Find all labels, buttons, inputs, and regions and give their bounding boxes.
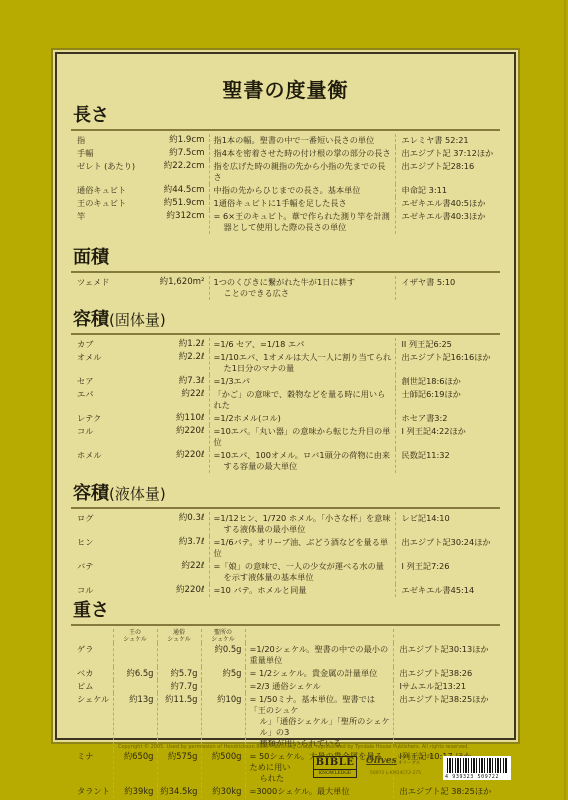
table-row: ミナ約650g約575g約500g= 50シェケル。大量の貴金属を量るために用い…	[71, 750, 500, 785]
unit-description: 1通俗キュビトに1手幅を足した長さ	[209, 197, 395, 210]
scripture-reference: ホセア書3:2	[395, 412, 500, 425]
section-heading: 面積	[71, 246, 500, 273]
unit-description: =1/20シェケル。聖書の中での最小の重量単位	[245, 643, 393, 667]
unit-value: 約0.3ℓ	[147, 512, 209, 536]
table-row: セア約7.3ℓ=1/3エパ創世記18:6ほか	[71, 375, 500, 388]
table-row: 竿約312cm= 6×王のキュビト。葦で作られた測り竿を計測器として使用した際の…	[71, 210, 500, 234]
scripture-reference: エレミヤ書 52:21	[395, 134, 500, 147]
common-shekel-value	[157, 643, 201, 667]
scripture-reference: 出エジプト記 37:12ほか	[395, 147, 500, 160]
section-heading-sub: (固体量)	[109, 311, 166, 329]
common-shekel-value: 約7.7g	[157, 680, 201, 693]
unit-name: 通俗キュビト	[71, 184, 147, 197]
unit-value: 約7.3ℓ	[147, 375, 209, 388]
unit-value: 約22.2cm	[147, 160, 209, 184]
unit-value: 約220ℓ	[147, 449, 209, 473]
scripture-reference: 申命記 3:11	[395, 184, 500, 197]
royal-shekel-value: 約13g	[113, 693, 157, 750]
unit-description: = 1/50ミナ。基本単位。聖書では「王のシュケル」「通俗シェケル」「聖所のシェ…	[245, 693, 393, 750]
section-liquid-volume: 容積(液体量) ログ約0.3ℓ=1/12ヒン、1/720 ホメル。「小さな杯」を…	[71, 482, 500, 597]
table-row: シェケル約13g約11.5g約10g= 1/50ミナ。基本単位。聖書では「王のシ…	[71, 693, 500, 750]
common-shekel-value: 約11.5g	[157, 693, 201, 750]
unit-value: 約22ℓ	[147, 560, 209, 584]
royal-shekel-value	[113, 680, 157, 693]
scripture-reference: イザヤ書 5:10	[395, 276, 500, 300]
section-heading-main: 容積	[73, 483, 109, 504]
section-heading: 容積(固体量)	[71, 308, 500, 335]
scripture-reference: 出エジプト記38:25ほか	[393, 693, 500, 750]
sanctuary-shekel-value	[201, 680, 245, 693]
unit-name: 王のキュビト	[71, 197, 147, 210]
scripture-reference: II 列王記6:25	[395, 338, 500, 351]
unit-description: =1/10エパ、1オメルは大人一人に割り当てられた1日分のマナの量	[209, 351, 395, 375]
page-title: 聖書の度量衡	[71, 74, 500, 102]
copyright-text: Copyright © 2005. Used by permission of …	[118, 744, 469, 750]
dry-volume-table: カブ約1.2ℓ=1/6 セア、=1/18 エパII 列王記6:25オメル約2.2…	[71, 338, 500, 473]
common-shekel-value: 約34.5kg	[157, 785, 201, 798]
unit-description: =1/3エパ	[209, 375, 395, 388]
col-common-shekel: 通俗シェケル	[157, 629, 201, 643]
section-heading: 容積(液体量)	[71, 482, 500, 509]
table-row: コル約220ℓ=10エパ。「丸い器」の意味から転じた升目の単位I 列王記4:22…	[71, 425, 500, 449]
unit-name: 手幅	[71, 147, 147, 160]
unit-name: ピム	[71, 680, 113, 693]
unit-name: ツェメド	[71, 276, 147, 300]
section-heading-sub: (液体量)	[109, 485, 166, 503]
scripture-reference: エゼキエル書40:3ほか	[395, 210, 500, 234]
table-row: 通俗キュビト約44.5cm中指の先からひじまでの長さ。基本単位申命記 3:11	[71, 184, 500, 197]
unit-name: ヒン	[71, 536, 147, 560]
weight-table: 王のシェケル 通俗シェケル 聖所のシェケル ゲラ約0.5g=1/20シェケル。聖…	[71, 629, 500, 798]
royal-shekel-value	[113, 643, 157, 667]
scripture-reference: Iサムエル記13:21	[393, 680, 500, 693]
unit-name: コル	[71, 425, 147, 449]
scripture-reference: 出エジプト記30:24ほか	[395, 536, 500, 560]
unit-description: =10エパ、100オメル。ロバ1頭分の荷物に由来する容量の最大単位	[209, 449, 395, 473]
unit-value: 約7.5cm	[147, 147, 209, 160]
scripture-reference: エゼキエル書45:14	[395, 584, 500, 597]
royal-shekel-value: 約39kg	[113, 785, 157, 798]
sanctuary-shekel-value: 約5g	[201, 667, 245, 680]
unit-value: 約1,620m²	[147, 276, 209, 300]
sanctuary-shekel-value: 約10g	[201, 693, 245, 750]
table-row: コル約220ℓ=10 バテ。ホメルと同量エゼキエル書45:14	[71, 584, 500, 597]
table-row: ツェメド約1,620m²1つのくびきに繋がれた牛が1日に耕すことのできる広さイザ…	[71, 276, 500, 300]
scripture-reference: 出エジプト記 38:25ほか	[393, 785, 500, 798]
length-table: 指約1.9cm指1本の幅。聖書の中で一番短い長さの単位エレミヤ書 52:21手幅…	[71, 134, 500, 234]
unit-name: セア	[71, 375, 147, 388]
product-code: 50972 L-KM24CF2-275	[370, 771, 421, 776]
unit-value: 約1.2ℓ	[147, 338, 209, 351]
unit-name: 指	[71, 134, 147, 147]
section-dry-volume: 容積(固体量) カブ約1.2ℓ=1/6 セア、=1/18 エパII 列王記6:2…	[71, 308, 500, 473]
unit-description: =10エパ。「丸い器」の意味から転じた升目の単位	[209, 425, 395, 449]
scripture-reference: 民数記11:32	[395, 449, 500, 473]
unit-description: 中指の先からひじまでの長さ。基本単位	[209, 184, 395, 197]
table-row: ピム約7.7g=2/3 通俗シェケルIサムエル記13:21	[71, 680, 500, 693]
table-row: タラント約39kg約34.5kg約30kg=3000シェケル。最大単位出エジプト…	[71, 785, 500, 798]
unit-description: =1/6 セア、=1/18 エパ	[209, 338, 395, 351]
section-heading: 重さ	[71, 599, 500, 626]
area-table: ツェメド約1,620m²1つのくびきに繋がれた牛が1日に耕すことのできる広さイザ…	[71, 276, 500, 300]
section-weight: 重さ 王のシェケル 通俗シェケル 聖所のシェケル ゲラ約0.5g=1/20シェケ…	[71, 599, 500, 798]
scripture-reference: 出エジプト記30:13ほか	[393, 643, 500, 667]
unit-name: ミナ	[71, 750, 113, 785]
table-row: ログ約0.3ℓ=1/12ヒン、1/720 ホメル。「小さな杯」を意味する液体量の…	[71, 512, 500, 536]
table-row: 手幅約7.5cm指4本を密着させた時の付け根の掌の部分の長さ出エジプト記 37:…	[71, 147, 500, 160]
unit-name: オメル	[71, 351, 147, 375]
unit-description: =3000シェケル。最大単位	[245, 785, 393, 798]
liquid-volume-table: ログ約0.3ℓ=1/12ヒン、1/720 ホメル。「小さな杯」を意味する液体量の…	[71, 512, 500, 597]
unit-name: 竿	[71, 210, 147, 234]
sanctuary-shekel-value: 約0.5g	[201, 643, 245, 667]
section-heading: 長さ	[71, 104, 500, 131]
table-row: ベカ約6.5g約5.7g約5g= 1/2シェケル。貴金属の計量単位出エジプト記3…	[71, 667, 500, 680]
unit-name: タラント	[71, 785, 113, 798]
scripture-reference: 士師記6:19ほか	[395, 388, 500, 412]
unit-description: =1/6バテ。オリーブ油、ぶどう酒などを量る単位	[209, 536, 395, 560]
common-shekel-value: 約575g	[157, 750, 201, 785]
unit-description: =1/2ホメル(コル)	[209, 412, 395, 425]
table-row: カブ約1.2ℓ=1/6 セア、=1/18 エパII 列王記6:25	[71, 338, 500, 351]
unit-name: エパ	[71, 388, 147, 412]
unit-value: 約2.2ℓ	[147, 351, 209, 375]
barcode-number: 4 939323 509722	[445, 774, 499, 780]
table-row: オメル約2.2ℓ=1/10エパ、1オメルは大人一人に割り当てられた1日分のマナの…	[71, 351, 500, 375]
table-row: レテク約110ℓ=1/2ホメル(コル)ホセア書3:2	[71, 412, 500, 425]
unit-description: = 1/2シェケル。貴金属の計量単位	[245, 667, 393, 680]
col-royal-shekel: 王のシェケル	[113, 629, 157, 643]
unit-value: 約22ℓ	[147, 388, 209, 412]
sanctuary-shekel-value: 約500g	[201, 750, 245, 785]
barcode: 4 939323 509722	[443, 756, 511, 780]
royal-shekel-value: 約650g	[113, 750, 157, 785]
section-heading-main: 容積	[73, 309, 109, 330]
scripture-reference: I 列王記4:22ほか	[395, 425, 500, 449]
bible-knowledge-logo: BIBLE KNOWLEDGE	[313, 756, 357, 778]
table-row: 王のキュビト約51.9cm1通俗キュビトに1手幅を足した長さエゼキエル書40:5…	[71, 197, 500, 210]
unit-value: 約44.5cm	[147, 184, 209, 197]
unit-description: =2/3 通俗シェケル	[245, 680, 393, 693]
scripture-reference: レビ記14:10	[395, 512, 500, 536]
content-panel-inner: 聖書の度量衡 長さ 指約1.9cm指1本の幅。聖書の中で一番短い長さの単位エレミ…	[55, 52, 516, 740]
unit-value: 約1.9cm	[147, 134, 209, 147]
unit-value: 約220ℓ	[147, 425, 209, 449]
unit-name: コル	[71, 584, 147, 597]
scripture-reference: 創世記18:6ほか	[395, 375, 500, 388]
unit-name: シェケル	[71, 693, 113, 750]
unit-description: = 6×王のキュビト。葦で作られた測り竿を計測器として使用した際の長さの単位	[209, 210, 395, 234]
unit-description: =「娘」の意味で、一人の少女が運べる水の量を示す液体量の基本単位	[209, 560, 395, 584]
olives-logo: Olives	[366, 756, 397, 766]
unit-value: 約220ℓ	[147, 584, 209, 597]
scripture-reference: I 列王記7:26	[395, 560, 500, 584]
table-row: ヒン約3.7ℓ=1/6バテ。オリーブ油、ぶどう酒などを量る単位出エジプト記30:…	[71, 536, 500, 560]
table-row: ゼレト (あたり)約22.2cm指を広げた時の親指の先から小指の先までの長さ出エ…	[71, 160, 500, 184]
common-shekel-value: 約5.7g	[157, 667, 201, 680]
unit-value: 約3.7ℓ	[147, 536, 209, 560]
royal-shekel-value: 約6.5g	[113, 667, 157, 680]
scripture-reference: 出エジプト記28:16	[395, 160, 500, 184]
col-sanctuary-shekel: 聖所のシェケル	[201, 629, 245, 643]
olives-publisher-text: いのちのことば社オリーブス	[398, 755, 434, 767]
barcode-bars-icon	[447, 758, 507, 773]
sanctuary-shekel-value: 約30kg	[201, 785, 245, 798]
unit-name: ログ	[71, 512, 147, 536]
unit-description: =10 バテ。ホメルと同量	[209, 584, 395, 597]
scripture-reference: 出エジプト記38:26	[393, 667, 500, 680]
table-row: エパ約22ℓ「かご」の意味で、穀物などを量る時に用いられた士師記6:19ほか	[71, 388, 500, 412]
scripture-reference: エゼキエル書40:5ほか	[395, 197, 500, 210]
unit-description: 指4本を密着させた時の付け根の掌の部分の長さ	[209, 147, 395, 160]
section-length: 長さ 指約1.9cm指1本の幅。聖書の中で一番短い長さの単位エレミヤ書 52:2…	[71, 104, 500, 234]
unit-description: 1つのくびきに繋がれた牛が1日に耕すことのできる広さ	[209, 276, 395, 300]
unit-description: 「かご」の意味で、穀物などを量る時に用いられた	[209, 388, 395, 412]
unit-name: ゲラ	[71, 643, 113, 667]
unit-value: 約312cm	[147, 210, 209, 234]
unit-name: ベカ	[71, 667, 113, 680]
table-row: 指約1.9cm指1本の幅。聖書の中で一番短い長さの単位エレミヤ書 52:21	[71, 134, 500, 147]
scripture-reference: 出エジプト記16:16ほか	[395, 351, 500, 375]
unit-description: 指を広げた時の親指の先から小指の先までの長さ	[209, 160, 395, 184]
table-row: ホメル約220ℓ=10エパ、100オメル。ロバ1頭分の荷物に由来する容量の最大単…	[71, 449, 500, 473]
unit-description: =1/12ヒン、1/720 ホメル。「小さな杯」を意味する液体量の最小単位	[209, 512, 395, 536]
table-row: ゲラ約0.5g=1/20シェケル。聖書の中での最小の重量単位出エジプト記30:1…	[71, 643, 500, 667]
unit-name: ホメル	[71, 449, 147, 473]
table-row: バテ約22ℓ=「娘」の意味で、一人の少女が運べる水の量を示す液体量の基本単位I …	[71, 560, 500, 584]
unit-name: バテ	[71, 560, 147, 584]
unit-description: 指1本の幅。聖書の中で一番短い長さの単位	[209, 134, 395, 147]
unit-value: 約110ℓ	[147, 412, 209, 425]
content-panel: 聖書の度量衡 長さ 指約1.9cm指1本の幅。聖書の中で一番短い長さの単位エレミ…	[51, 48, 520, 744]
unit-name: ゼレト (あたり)	[71, 160, 147, 184]
unit-name: カブ	[71, 338, 147, 351]
section-area: 面積 ツェメド約1,620m²1つのくびきに繋がれた牛が1日に耕すことのできる広…	[71, 246, 500, 300]
unit-name: レテク	[71, 412, 147, 425]
unit-value: 約51.9cm	[147, 197, 209, 210]
